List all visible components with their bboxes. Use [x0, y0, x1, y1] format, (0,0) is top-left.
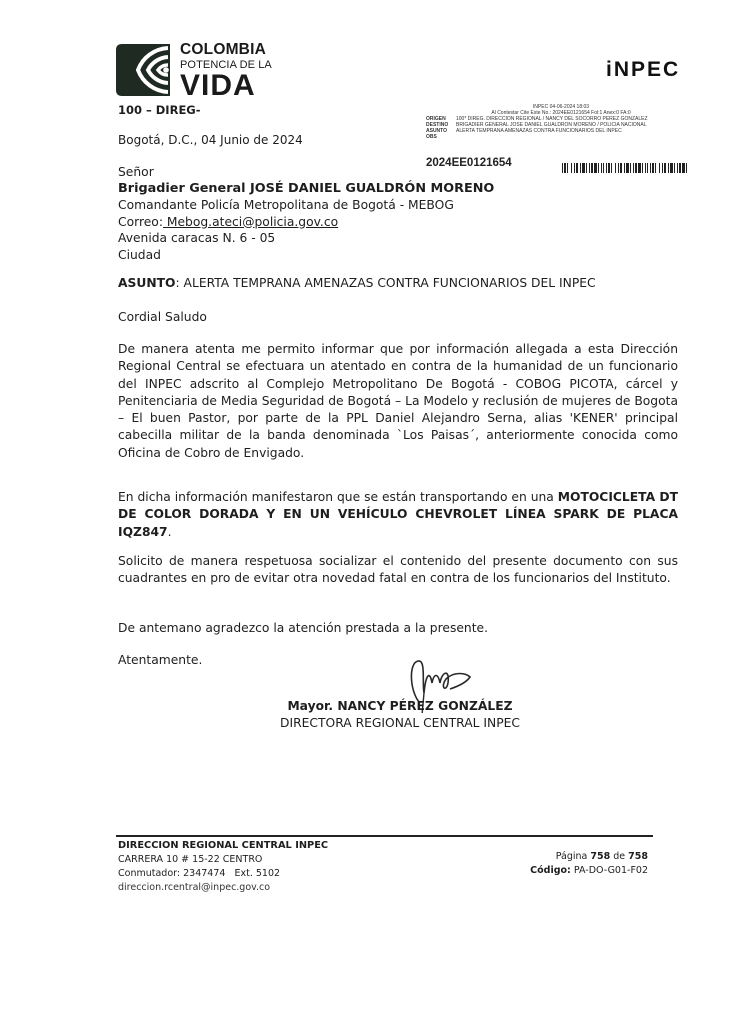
- recipient-name: Brigadier General JOSÉ DANIEL GUALDRÓN M…: [118, 181, 494, 198]
- stamp-row-obs: OBS: [426, 134, 696, 140]
- reference-code: 100 – DIREG-: [118, 103, 201, 117]
- logo-line-colombia: COLOMBIA: [180, 42, 272, 58]
- subject-text: : ALERTA TEMPRANA AMENAZAS CONTRA FUNCIO…: [176, 276, 596, 290]
- footer-contact: DIRECCION REGIONAL CENTRAL INPEC CARRERA…: [118, 839, 328, 895]
- stamp-key: OBS: [426, 134, 456, 140]
- radicado-stamp: INPEC 04-06-2024 18:03 Al Contestar Cite…: [426, 104, 696, 140]
- stamp-value: [456, 134, 696, 140]
- subject-line: ASUNTO: ALERTA TEMPRANA AMENAZAS CONTRA …: [118, 276, 596, 290]
- page-current: 758: [590, 851, 610, 862]
- body-paragraph-4: De antemano agradezco la atención presta…: [118, 620, 678, 637]
- document-date: Bogotá, D.C., 04 Junio de 2024: [118, 133, 303, 147]
- recipient-block: Señor Brigadier General JOSÉ DANIEL GUAL…: [118, 164, 494, 263]
- footer-org: DIRECCION REGIONAL CENTRAL INPEC: [118, 839, 328, 853]
- colombia-logo-icon: [116, 44, 170, 96]
- code-label: Código:: [530, 865, 571, 876]
- footer-phone-line: Conmutador: 2347474 Ext. 5102: [118, 867, 328, 881]
- p2-intro: En dicha información manifestaron que se…: [118, 490, 558, 504]
- greeting: Cordial Saludo: [118, 310, 207, 324]
- recipient-position: Comandante Policía Metropolitana de Bogo…: [118, 197, 494, 214]
- phone-ext: Ext. 5102: [234, 868, 280, 879]
- page-label: Página: [556, 851, 588, 862]
- recipient-email-link[interactable]: Mebog.ateci@policia.gov.co: [163, 215, 338, 229]
- recipient-email-line: Correo: Mebog.ateci@policia.gov.co: [118, 214, 494, 231]
- signer-block: Mayor. NANCY PÉREZ GONZÁLEZ DIRECTORA RE…: [250, 698, 550, 732]
- inpec-logo: iNPEC: [606, 58, 680, 82]
- footer-page-info: Página 758 de 758 Código: PA-DO-G01-F02: [470, 850, 648, 878]
- signer-name: Mayor. NANCY PÉREZ GONZÁLEZ: [250, 698, 550, 715]
- p2-end: .: [168, 525, 172, 539]
- page-sep: de: [613, 851, 625, 862]
- body-paragraph-1: De manera atenta me permito informar que…: [118, 341, 678, 462]
- recipient-salutation: Señor: [118, 164, 494, 181]
- signer-title: DIRECTORA REGIONAL CENTRAL INPEC: [250, 715, 550, 732]
- phone-label: Conmutador:: [118, 868, 180, 879]
- phone-number: 2347474: [183, 868, 225, 879]
- footer-address: CARRERA 10 # 15-22 CENTRO: [118, 853, 328, 867]
- footer-email-link[interactable]: direccion.rcentral@inpec.gov.co: [118, 881, 328, 895]
- colombia-logo-text: COLOMBIA POTENCIA DE LA VIDA: [180, 42, 272, 101]
- footer-divider: [116, 835, 653, 837]
- barcode-icon: [562, 158, 688, 168]
- page-number: Página 758 de 758: [470, 850, 648, 864]
- email-label: Correo:: [118, 215, 163, 229]
- recipient-city: Ciudad: [118, 247, 494, 264]
- page-total: 758: [628, 851, 648, 862]
- body-paragraph-2: En dicha información manifestaron que se…: [118, 489, 678, 541]
- code-value: PA-DO-G01-F02: [574, 865, 648, 876]
- recipient-address: Avenida caracas N. 6 - 05: [118, 230, 494, 247]
- logo-line-vida: VIDA: [180, 71, 272, 101]
- subject-label: ASUNTO: [118, 276, 176, 290]
- body-paragraph-3: Solicito de manera respetuosa socializar…: [118, 553, 678, 588]
- closing: Atentamente.: [118, 653, 202, 667]
- document-code: Código: PA-DO-G01-F02: [470, 864, 648, 878]
